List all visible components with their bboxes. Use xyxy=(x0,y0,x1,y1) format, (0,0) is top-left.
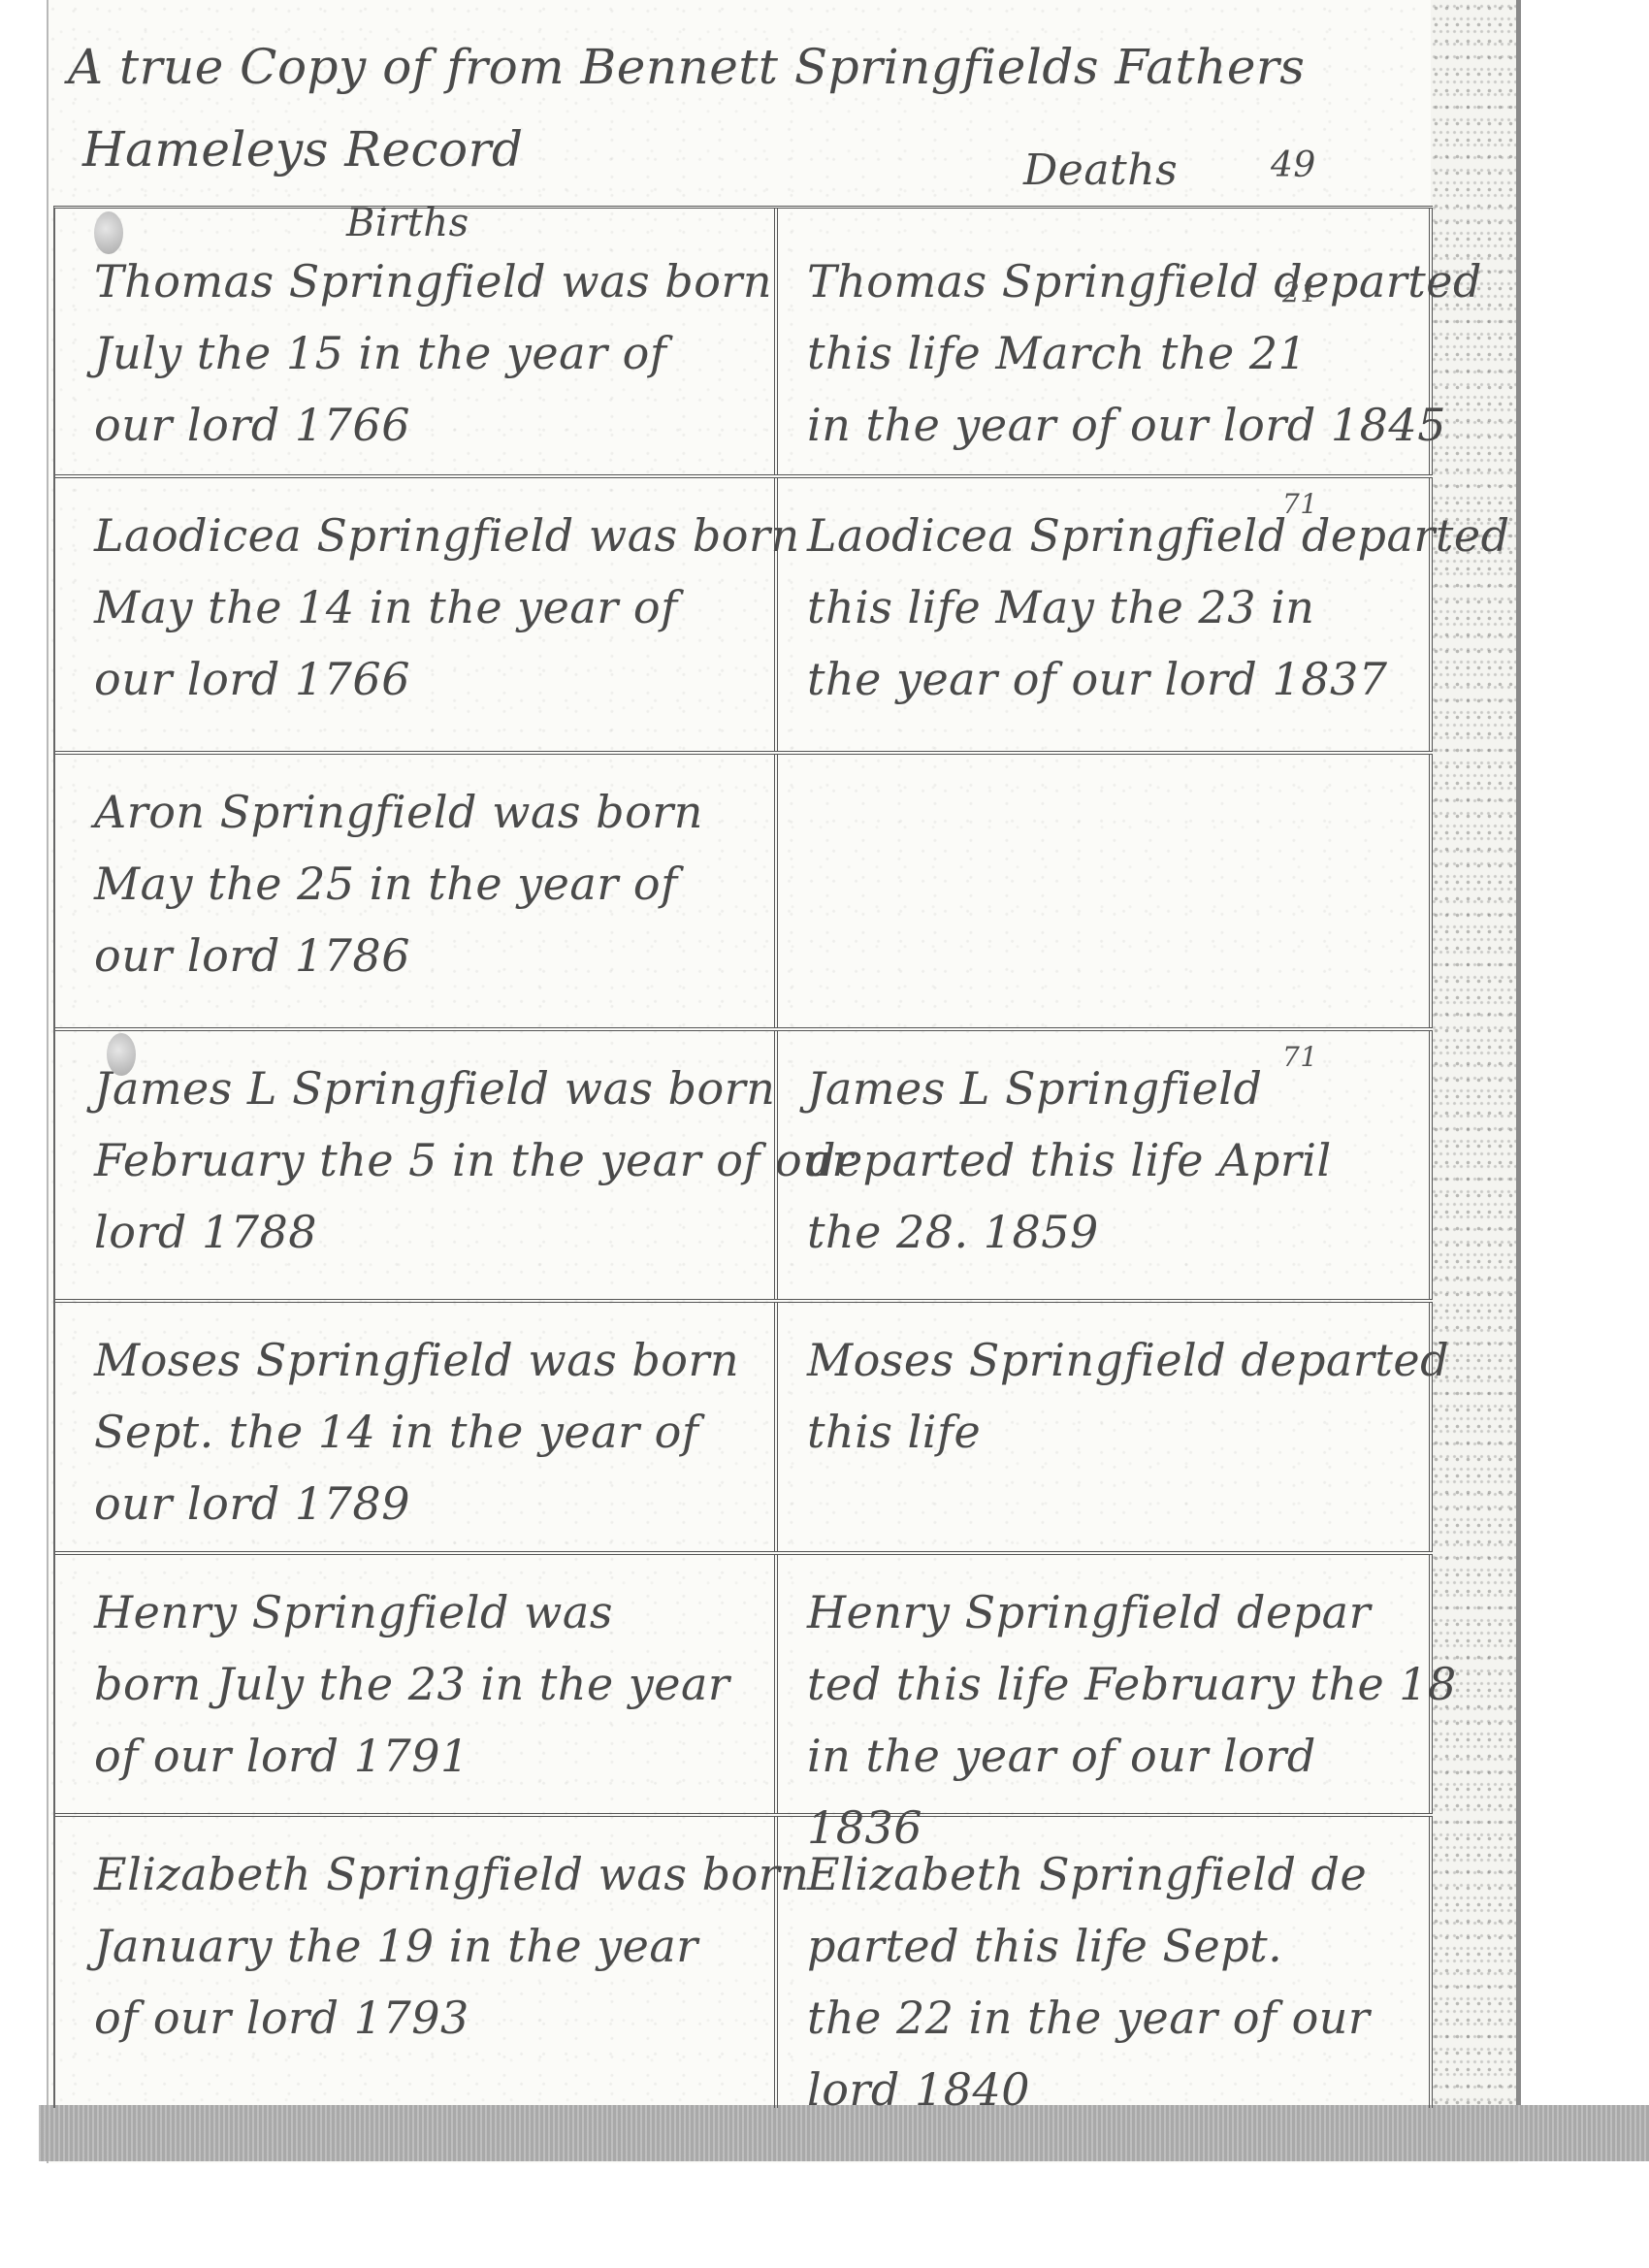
birth-entry-line: James L Springfield was born xyxy=(94,1053,755,1124)
birth-entry-cell: Henry Springfield wasborn July the 23 in… xyxy=(55,1555,778,1813)
birth-entry-cell: Laodicea Springfield was bornMay the 14 … xyxy=(55,478,778,751)
birth-entry-line: Aron Springfield was born xyxy=(94,776,755,848)
birth-entry-line: Moses Springfield was born xyxy=(94,1324,755,1396)
death-entry-line: ted this life February the 18 xyxy=(807,1648,1409,1720)
birth-entry-line: May the 14 in the year of xyxy=(94,571,755,643)
death-entry-line: departed this life April xyxy=(807,1124,1409,1196)
age-annotation: 71 xyxy=(1282,1041,1318,1073)
birth-entry-line: July the 15 in the year of xyxy=(94,317,755,389)
death-entry-cell xyxy=(778,755,1433,1027)
death-entry-line: in the year of our lord xyxy=(807,1720,1409,1792)
death-entry-cell: Elizabeth Springfield departed this life… xyxy=(778,1817,1433,2108)
birth-entry-line: of our lord 1793 xyxy=(94,1982,755,2054)
birth-entry-line: lord 1788 xyxy=(94,1196,755,1268)
birth-entry-line: Henry Springfield was xyxy=(94,1576,755,1648)
birth-entry-line: January the 19 in the year xyxy=(94,1910,755,1982)
punch-hole-icon xyxy=(94,211,123,254)
birth-entry-line: February the 5 in the year of our xyxy=(94,1124,755,1196)
death-entry-line: this life xyxy=(807,1396,1409,1468)
death-entry-line: Thomas Springfield departed xyxy=(807,245,1409,317)
death-entry-cell: Moses Springfield departedthis life xyxy=(778,1303,1433,1551)
birth-entry-cell: Aron Springfield was bornMay the 25 in t… xyxy=(55,755,778,1027)
birth-entry-line: our lord 1766 xyxy=(94,643,755,715)
register-row: Laodicea Springfield was bornMay the 14 … xyxy=(55,478,1433,755)
death-entry-line: the 22 in the year of our xyxy=(807,1982,1409,2054)
death-entry-line: Henry Springfield depar xyxy=(807,1576,1409,1648)
death-entry-line: Elizabeth Springfield de xyxy=(807,1838,1409,1910)
page-edge-margin xyxy=(1431,0,1521,2115)
age-annotation: 21 xyxy=(1282,276,1318,308)
birth-entry-line: our lord 1789 xyxy=(94,1468,755,1539)
document-title-line-1: A true Copy of from Bennett Springfields… xyxy=(68,39,1305,95)
births-deaths-register-table: Births Thomas Springfield was bornJuly t… xyxy=(53,206,1433,2108)
death-entry-line: lord 1840 xyxy=(807,2054,1409,2125)
birth-entry-cell: Thomas Springfield was bornJuly the 15 i… xyxy=(55,209,778,474)
document-title-line-2: Hameleys Record xyxy=(82,121,524,178)
birth-entry-line: May the 25 in the year of xyxy=(94,848,755,920)
page-number: 49 xyxy=(1271,146,1316,185)
birth-entry-line: of our lord 1791 xyxy=(94,1720,755,1792)
register-row: James L Springfield was bornFebruary the… xyxy=(55,1031,1433,1303)
death-entry-line: this life May the 23 in xyxy=(807,571,1409,643)
birth-entry-line: Thomas Springfield was born xyxy=(94,245,755,317)
birth-entry-line: born July the 23 in the year xyxy=(94,1648,755,1720)
birth-entry-cell: Moses Springfield was bornSept. the 14 i… xyxy=(55,1303,778,1551)
deaths-column-title: Deaths xyxy=(1023,146,1178,195)
register-row: Aron Springfield was bornMay the 25 in t… xyxy=(55,755,1433,1031)
death-entry-cell: Laodicea Springfield departedthis life M… xyxy=(778,478,1433,751)
death-entry-line: the year of our lord 1837 xyxy=(807,643,1409,715)
birth-entry-cell: Elizabeth Springfield was bornJanuary th… xyxy=(55,1817,778,2108)
death-entry-cell: Thomas Springfield departedthis life Mar… xyxy=(778,209,1433,474)
death-entry-line: in the year of our lord 1845 xyxy=(807,389,1409,461)
death-entry-line: this life March the 21 xyxy=(807,317,1409,389)
death-entry-cell: James L Springfielddeparted this life Ap… xyxy=(778,1031,1433,1299)
register-row: Elizabeth Springfield was bornJanuary th… xyxy=(55,1817,1433,2108)
register-row: Thomas Springfield was bornJuly the 15 i… xyxy=(55,209,1433,478)
birth-entry-line: Sept. the 14 in the year of xyxy=(94,1396,755,1468)
death-entry-line: parted this life Sept. xyxy=(807,1910,1409,1982)
death-entry-line: Laodicea Springfield departed xyxy=(807,500,1409,571)
age-annotation: 71 xyxy=(1282,488,1318,520)
death-entry-cell: Henry Springfield departed this life Feb… xyxy=(778,1555,1433,1813)
birth-entry-line: our lord 1766 xyxy=(94,389,755,461)
death-entry-line: James L Springfield xyxy=(807,1053,1409,1124)
birth-entry-cell: James L Springfield was bornFebruary the… xyxy=(55,1031,778,1299)
birth-entry-line: Elizabeth Springfield was born xyxy=(94,1838,755,1910)
death-entry-line: Moses Springfield departed xyxy=(807,1324,1409,1396)
death-entry-line: the 28. 1859 xyxy=(807,1196,1409,1268)
birth-entry-line: our lord 1786 xyxy=(94,920,755,991)
register-row: Moses Springfield was bornSept. the 14 i… xyxy=(55,1303,1433,1555)
punch-hole-icon xyxy=(107,1033,136,1076)
register-row: Henry Springfield wasborn July the 23 in… xyxy=(55,1555,1433,1817)
birth-entry-line: Laodicea Springfield was born xyxy=(94,500,755,571)
